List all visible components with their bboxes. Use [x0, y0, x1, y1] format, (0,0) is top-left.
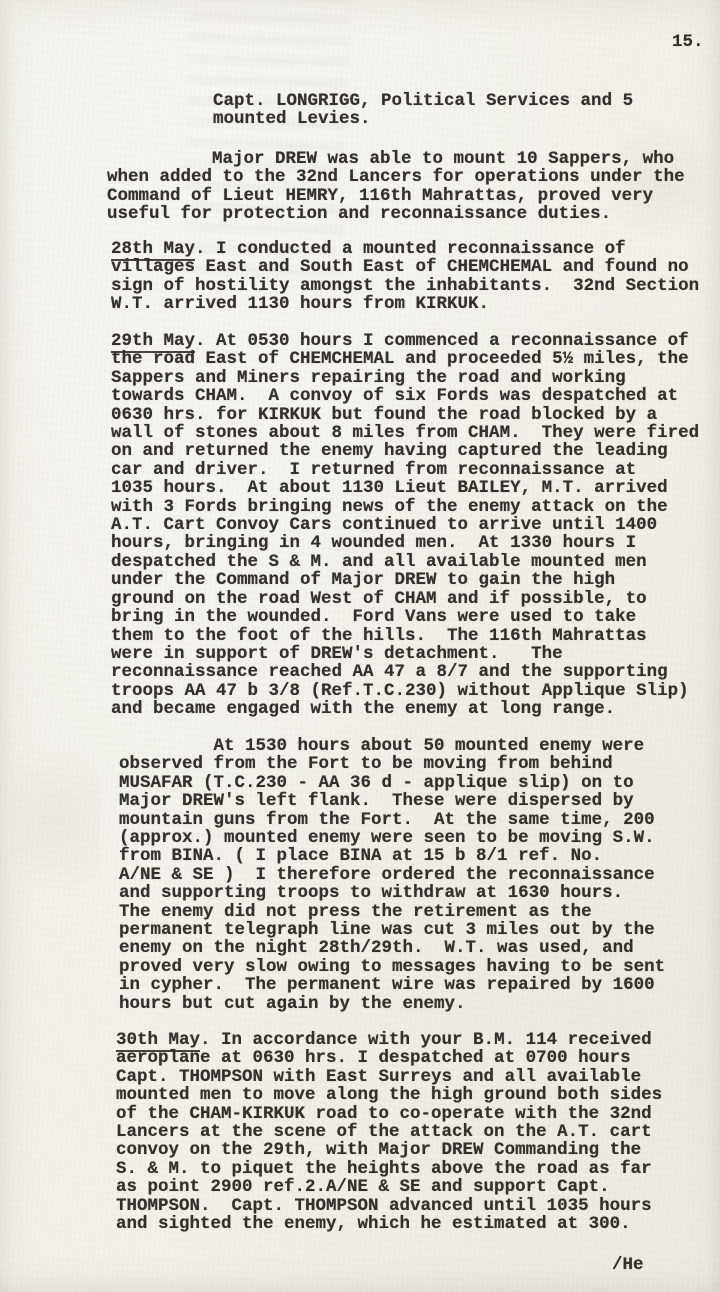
text-line: enemy on the night 28th/29th. W.T. was u… — [119, 939, 665, 957]
text-line: permanent telegraph line was cut 3 miles… — [119, 921, 665, 939]
scanned-document-page: 15. Capt. LONGRIGG, Political Services a… — [0, 0, 720, 1292]
text-line: W.T. arrived 1130 hours from KIRKUK. — [111, 295, 699, 313]
text-line: Lancers at the scene of the attack on th… — [116, 1123, 662, 1141]
paragraph-1530-hours: At 1530 hours about 50 mounted enemy wer… — [119, 737, 665, 1013]
text-line: car and driver. I returned from reconnai… — [111, 461, 699, 479]
text-line: were in support of DREW's detachment. Th… — [111, 645, 699, 663]
text-line: S. & M. to piquet the heights above the … — [116, 1160, 662, 1178]
text-line: and supporting troops to withdraw at 163… — [119, 884, 665, 902]
text-line: reconnaissance reached AA 47 a 8/7 and t… — [111, 663, 699, 681]
text-line: and became engaged with the enemy at lon… — [111, 700, 699, 718]
text-line: mounted men to move along the high groun… — [116, 1086, 662, 1104]
text-line: 0630 hrs. for KIRKUK but found the road … — [111, 406, 699, 424]
text-line: THOMPSON. Capt. THOMPSON advanced until … — [116, 1197, 662, 1215]
text-line: MUSAFAR (T.C.230 - AA 36 d - applique sl… — [119, 774, 665, 792]
text-line: proved very slow owing to messages havin… — [119, 958, 665, 976]
text-line: Command of Lieut HEMRY, 116th Mahrattas,… — [107, 187, 685, 205]
paragraph-29th-may: 29th May. At 0530 hours I commenced a re… — [111, 332, 699, 719]
text-line: of the CHAM-KIRKUK road to co-operate wi… — [116, 1105, 662, 1123]
text-line: The enemy did not press the retirement a… — [119, 903, 665, 921]
text-line: useful for protection and reconnaissance… — [107, 205, 685, 223]
text-line: towards CHAM. A convoy of six Fords was … — [111, 387, 699, 405]
text-line: 1035 hours. At about 1130 Lieut BAILEY, … — [111, 479, 699, 497]
text-line: hours but cut again by the enemy. — [119, 995, 665, 1013]
text-line: A.T. Cart Convoy Cars continued to arriv… — [111, 516, 699, 534]
text-line: despatched the S & M. and all available … — [111, 553, 699, 571]
paper-stain — [10, 720, 100, 920]
text-line: Capt. LONGRIGG, Political Services and 5 — [213, 92, 633, 110]
ink-bleed-through-smudge — [182, 0, 349, 276]
paragraph-30th-may: 30th May. In accordance with your B.M. 1… — [116, 1031, 662, 1233]
text-line: Major DREW's left flank. These were disp… — [119, 792, 665, 810]
text-line: as point 2900 ref.2.A/NE & SE and suppor… — [116, 1178, 662, 1196]
text-line: troops AA 47 b 3/8 (Ref.T.C.230) without… — [111, 682, 699, 700]
text-line: bring in the wounded. Ford Vans were use… — [111, 608, 699, 626]
text-line: from BINA. ( I place BINA at 15 b 8/1 re… — [119, 847, 665, 865]
text-line: Sappers and Miners repairing the road an… — [111, 369, 699, 387]
text-line: 29th May. At 0530 hours I commenced a re… — [111, 332, 699, 350]
text-line: (approx.) mounted enemy were seen to be … — [119, 829, 665, 847]
text-line: them to the foot of the hills. The 116th… — [111, 627, 699, 645]
text-line: wall of stones about 8 miles from CHAM. … — [111, 424, 699, 442]
text-line: under the Command of Major DREW to gain … — [111, 571, 699, 589]
text-line: mountain guns from the Fort. At the same… — [119, 811, 665, 829]
paragraph-longrigg-levies: Capt. LONGRIGG, Political Services and 5… — [213, 92, 633, 129]
text-line: aeroplane at 0630 hrs. I despatched at 0… — [116, 1049, 662, 1067]
text-line: convoy on the 29th, with Major DREW Comm… — [116, 1141, 662, 1159]
text-line: hours, bringing in 4 wounded men. At 133… — [111, 534, 699, 552]
paragraph-28th-may: 28th May. I conducted a mounted reconnai… — [111, 240, 699, 314]
text-line: the road East of CHEMCHEMAL and proceede… — [111, 350, 699, 368]
text-line: on and returned the enemy having capture… — [111, 442, 699, 460]
text-line: in cypher. The permanent wire was repair… — [119, 976, 665, 994]
text-line: and sighted the enemy, which he estimate… — [116, 1215, 662, 1233]
text-line: ground on the road West of CHAM and if p… — [111, 590, 699, 608]
text-line: sign of hostility amongst the inhabitant… — [111, 277, 699, 295]
text-line: mounted Levies. — [213, 110, 633, 128]
text-line: At 1530 hours about 50 mounted enemy wer… — [119, 737, 665, 755]
text-line: 28th May. I conducted a mounted reconnai… — [111, 240, 699, 258]
catchword: /He — [612, 1256, 644, 1274]
paragraph-drew-sappers: Major DREW was able to mount 10 Sappers,… — [107, 150, 685, 224]
text-line: when added to the 32nd Lancers for opera… — [107, 168, 685, 186]
text-line: Major DREW was able to mount 10 Sappers,… — [107, 150, 685, 168]
text-line: villages East and South East of CHEMCHEM… — [111, 258, 699, 276]
text-line: 30th May. In accordance with your B.M. 1… — [116, 1031, 662, 1049]
text-line: with 3 Fords bringing news of the enemy … — [111, 498, 699, 516]
page-number: 15. — [672, 33, 704, 51]
text-line: Capt. THOMPSON with East Surreys and all… — [116, 1068, 662, 1086]
text-line: observed from the Fort to be moving from… — [119, 755, 665, 773]
text-line: A/NE & SE ) I therefore ordered the reco… — [119, 866, 665, 884]
